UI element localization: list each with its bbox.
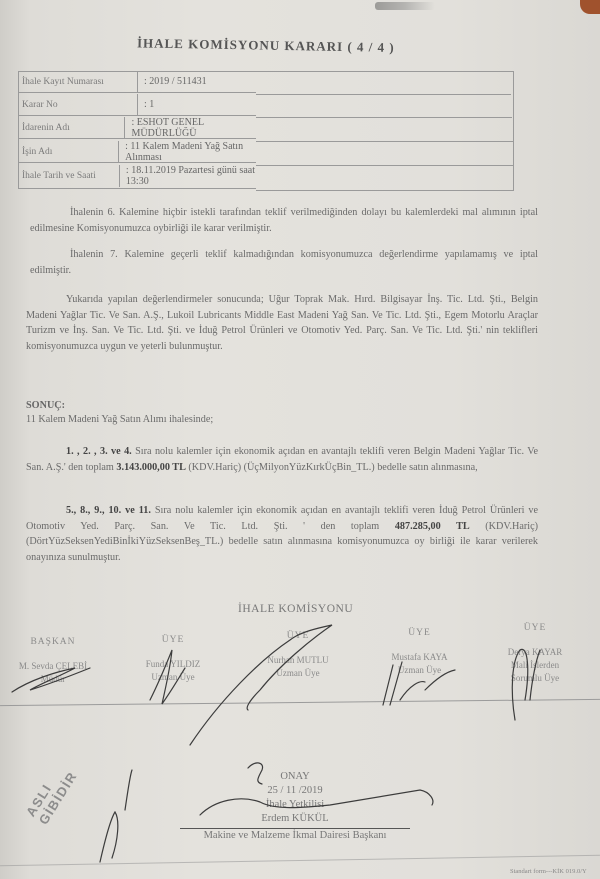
approval-block: ONAY 25 / 11 /2019 İhale Yetkilisi Erdem… (175, 770, 415, 843)
member-4: ÜYE Derya KAYAR Mali İşlerden Sorumlu Üy… (495, 622, 575, 685)
document-title: İHALE KOMİSYONU KARARI ( 4 / 4 ) (137, 35, 437, 56)
member-role: ÜYE (258, 630, 338, 643)
info-value: : 18.11.2019 Pazartesi günü saat 13:30 (120, 165, 256, 187)
info-label: İdarenin Adı (18, 117, 125, 138)
paragraph-item7: İhalenin 7. Kalemine geçerli teklif kalm… (30, 247, 538, 278)
award-items: 5., 8., 9., 10. ve 11. (66, 505, 151, 516)
info-value: : 2019 / 511431 (138, 76, 207, 87)
table-line (256, 94, 511, 95)
member-3: ÜYE Mustafa KAYA Uzman Üye (372, 627, 467, 677)
info-label: Karar No (18, 94, 138, 115)
info-row: Karar No : 1 (18, 94, 256, 116)
info-row: İdarenin Adı : ESHOT GENEL MÜDÜRLÜĞÜ (18, 117, 256, 139)
award-items: 1. , 2. , 3. ve 4. (66, 446, 132, 457)
corner-stain (580, 0, 600, 14)
table-line (256, 141, 513, 142)
award-amount: 3.143.000,00 TL (116, 462, 185, 473)
info-value: : 1 (138, 99, 154, 110)
member-role: ÜYE (372, 627, 467, 640)
member-title: Uzman Üye (372, 664, 467, 677)
approval-heading: ONAY (175, 770, 415, 784)
approval-authority: İhale Yetkilisi (175, 798, 415, 812)
info-label: İhale Kayıt Numarası (18, 71, 138, 92)
commission-title: İHALE KOMİSYONU (238, 603, 353, 615)
document-page: İHALE KOMİSYONU KARARI ( 4 / 4 ) İhale K… (0, 0, 600, 879)
member-role: ÜYE (133, 634, 213, 647)
paragraph-text: İhalenin 7. Kalemine geçerli teklif kalm… (30, 249, 538, 276)
info-row: İşin Adı : 11 Kalem Madeni Yağ Satın Alı… (18, 141, 256, 163)
info-value: : ESHOT GENEL MÜDÜRLÜĞÜ (125, 117, 256, 139)
table-line (256, 165, 514, 166)
member-title: Uzman Üye (258, 667, 338, 680)
member-name: Mustafa KAYA (372, 651, 467, 664)
info-row: İhale Kayıt Numarası : 2019 / 511431 (18, 71, 256, 93)
info-row: İhale Tarih ve Saati : 18.11.2019 Pazart… (18, 165, 256, 187)
top-smudge (375, 2, 435, 10)
certified-stamp: ASLI GİBİDİR (23, 735, 147, 859)
paragraph-text: Yukarıda yapılan değerlendirmeler sonucu… (26, 294, 538, 352)
member-name: Nurhan MUTLU (258, 654, 338, 667)
member-title: Mali İşlerden Sorumlu Üye (495, 659, 575, 685)
member-name: Derya KAYAR (495, 646, 575, 659)
member-role: BAŞKAN (18, 636, 88, 649)
result-intro: 11 Kalem Madeni Yağ Satın Alımı ihalesin… (26, 412, 538, 428)
member-name: Funda YILDIZ (133, 658, 213, 671)
member-title: Müdür (18, 673, 88, 686)
divider-line (0, 699, 600, 706)
info-table-right (256, 71, 514, 191)
info-label: İhale Tarih ve Saati (18, 165, 120, 187)
info-value: : 11 Kalem Madeni Yağ Satın Alınması (119, 141, 256, 163)
member-name: M. Sevda ÇELEBİ (18, 660, 88, 673)
award-belgin: 1. , 2. , 3. ve 4. Sıra nolu kalemler iç… (26, 444, 538, 475)
member-1: ÜYE Funda YILDIZ Uzman Üye (133, 634, 213, 684)
member-2: ÜYE Nurhan MUTLU Uzman Üye (258, 630, 338, 680)
paragraph-item6: İhalenin 6. Kalemine hiçbir istekli tara… (30, 205, 538, 236)
award-idug: 5., 8., 9., 10. ve 11. Sıra nolu kalemle… (26, 503, 538, 565)
footer-note: Standart form---KİK 019.0/Y (510, 868, 587, 875)
member-title: Uzman Üye (133, 671, 213, 684)
approval-position: Makine ve Malzeme İkmal Dairesi Başkanı (180, 828, 410, 843)
divider-line (0, 855, 600, 866)
approval-name: Erdem KÜKÜL (175, 812, 415, 826)
table-line (256, 117, 512, 118)
approval-date: 25 / 11 /2019 (175, 784, 415, 798)
paragraph-evaluation: Yukarıda yapılan değerlendirmeler sonucu… (26, 292, 538, 354)
member-role: ÜYE (495, 622, 575, 635)
info-label: İşin Adı (18, 141, 119, 162)
award-text: (KDV.Hariç) (ÜçMilyonYüzKırkÜçBin_TL.) b… (186, 462, 478, 473)
member-chair: BAŞKAN M. Sevda ÇELEBİ Müdür (18, 636, 88, 686)
award-amount: 487.285,00 TL (395, 521, 470, 532)
paragraph-text: İhalenin 6. Kalemine hiçbir istekli tara… (30, 207, 538, 234)
